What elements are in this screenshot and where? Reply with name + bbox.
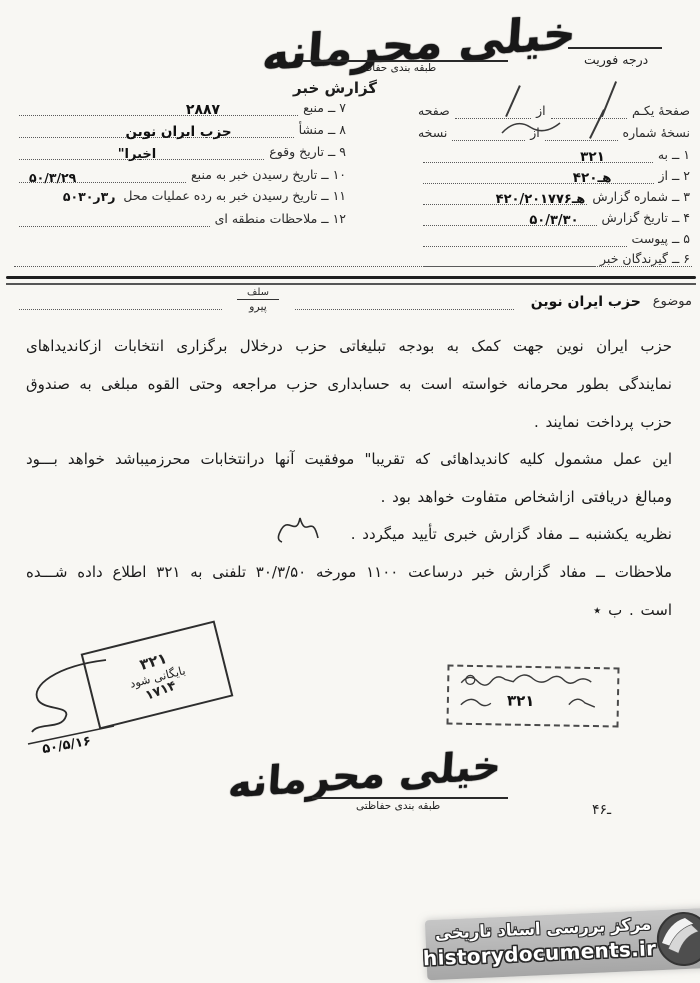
field-7-leader: ۲۸۸۷ [19,99,298,116]
field-row-10: ۱۰ ــ تاریخ رسیدن خبر به منبع ۵۰/۳/۲۹ [14,166,346,183]
field-8-label: ۸ ــ منشأ [299,122,346,138]
subject-label: موضوع [653,294,692,310]
field-3-value: ۴هـ۲۰/۲۰۱۷۷۶ [496,192,586,207]
body-line: این عمل مشمول کلیه کاندیداهائی که تقریبا… [26,449,672,470]
field-row-2: ۲ ــ از ۴هـ۲۰ [418,167,690,184]
page-count-end: صفحه [418,103,450,119]
field-row-9: ۹ ــ تاریخ وقوع اخیرا" [14,143,346,160]
separator-rule-heavy [6,276,696,279]
field-7-value: ۲۸۸۷ [186,102,220,118]
urgency-label: درجه فوریت [584,52,648,67]
field-4-leader: ۵۰/۳/۳۰ [423,209,597,226]
field-row-7: ۷ ــ منبع ۲۸۸۷ [14,99,346,116]
classification-label-bottom: طبقه بندی حفاظتی [356,800,440,812]
page-count-leader-2 [455,102,531,119]
field-row-11: ۱۱ ــ تاریخ رسیدن خبر به رده عملیات محل … [14,188,346,204]
field-1-label: ۱ ــ به [658,147,690,163]
watermark-logo-icon [653,909,700,969]
body-line: حزب ایران نوین جهت کمک به بودجه تبلیغاتی… [26,336,672,357]
field-row-4: ۴ ــ تاریخ گزارش ۵۰/۳/۳۰ [418,209,690,226]
registry-scribble-icon [453,667,618,722]
registry-stamp: ۳۲۱ [446,665,619,728]
watermark-banner: مرکز بررسی اسناد تاریخی historydocuments… [425,908,700,981]
field-6-leader [423,250,595,267]
body-line: ومبالغ دریافتی ازاشخاص متفاوت خواهد بود … [26,487,672,508]
field-8-leader: حزب ایران نوین [19,121,294,138]
field-row-6: ۶ ــ گیرندگان خبر [418,250,690,267]
field-1-leader: ۳۲۱ [423,146,653,163]
field-1-value: ۳۲۱ [580,149,605,165]
registry-stamp-number: ۳۲۱ [507,692,535,710]
field-2-label: ۲ ــ از [659,168,691,184]
salaf-label: سلف [247,287,269,298]
field-5-label: ۵ ــ پیوست [632,231,690,247]
field-3-label: ۳ ــ شماره گزارش [592,189,690,205]
page-count-leader-1 [551,102,627,119]
classification-rule-bottom [312,797,508,799]
field-9-label: ۹ ــ تاریخ وقوع [269,144,346,160]
field-12-leader [19,210,210,227]
body-line: است . ب ٭ [26,600,672,621]
page-count-start: صفحهٔ یکـم [632,103,690,119]
page-count-row: صفحهٔ یکـم از صفحه [418,102,690,119]
classification-label-top: طبقه بندی حفاظتی [352,62,436,74]
body-line: نمایندگی بطور محرمانه خواسته است به حساب… [26,374,672,395]
field-9-leader: اخیرا" [19,143,264,160]
subject-row: موضوع حزب ایران نوین [14,293,692,310]
copy-count-end: نسخه [418,125,447,141]
field-4-label: ۴ ــ تاریخ گزارش [602,210,690,226]
field-4-value: ۵۰/۳/۳۰ [529,213,578,228]
body-line: حزب پرداخت نمایند . [26,412,672,433]
signature-scribble-icon [272,506,324,548]
salaf-peyro-block: سلف پیرو [222,287,294,313]
page-number: ۴۶ـ [592,802,611,818]
body-line: نظریه یکشنبه ــ مفاد گزارش خبری تأیید می… [26,524,672,545]
body-line: ملاحظات ــ مفاد گزارش خبر درساعت ۱۱۰۰ مو… [26,562,672,583]
field-2-leader: ۴هـ۲۰ [423,167,654,184]
field-row-5: ۵ ــ پیوست [418,230,690,247]
field-row-12: ۱۲ ــ ملاحظات منطقه ای [14,210,346,227]
field-5-leader [423,230,627,247]
field-10-label: ۱۰ ــ تاریخ رسیدن خبر به منبع [191,167,346,183]
field-2-value: ۴هـ۲۰ [573,170,612,186]
field-8-value: حزب ایران نوین [125,124,231,140]
field-11-value: ۵۰ر۳ر۳۰ [63,189,116,204]
report-title: گزارش خبر [293,79,377,97]
field-row-3: ۳ ــ شماره گزارش ۴هـ۲۰/۲۰۱۷۷۶ [418,188,690,205]
separator-rule-light [6,283,696,285]
field-6-label: ۶ ــ گیرندگان خبر [600,251,690,267]
scanned-document-page: درجه فوریت خیلی محرمانه طبقه بندی حفاظتی… [0,0,700,983]
field-row-8: ۸ ــ منشأ حزب ایران نوین [14,121,346,138]
field-9-value: اخیرا" [118,147,156,162]
field-row-1: ۱ ــ به ۳۲۱ [418,146,690,163]
peyro-label: پیرو [249,300,267,313]
field-10-leader: ۵۰/۳/۲۹ [19,166,186,183]
urgency-rule [568,47,662,49]
field-12-label: ۱۲ ــ ملاحظات منطقه ای [215,211,346,227]
page-count-mid: از [536,103,546,119]
separator-dotted-line [14,266,692,267]
scribble-mark-icon [500,118,562,138]
field-10-value: ۵۰/۳/۲۹ [29,170,76,185]
field-11-label: ۱۱ ــ تاریخ رسیدن خبر به رده عملیات محل [123,188,346,204]
subject-value: حزب ایران نوین [531,294,641,310]
field-7-label: ۷ ــ منبع [303,100,346,116]
copy-count-start: نسخهٔ شماره [623,125,690,141]
field-3-leader: ۴هـ۲۰/۲۰۱۷۷۶ [423,188,587,205]
